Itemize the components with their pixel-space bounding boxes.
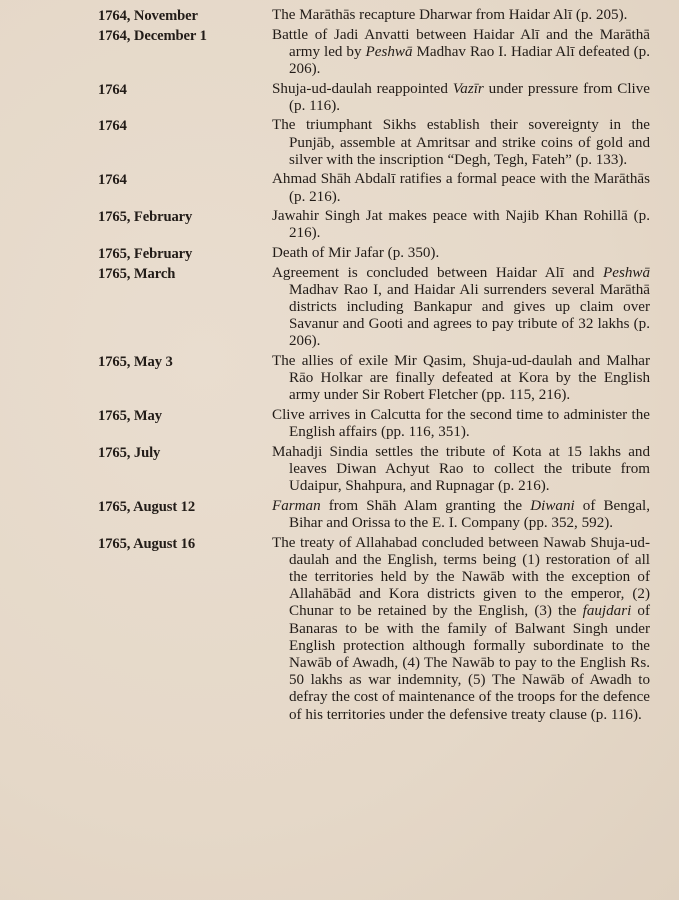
entry-date: 1764 (98, 171, 272, 208)
italic-term: Peshwā (366, 44, 413, 60)
italic-term: Vazīr (453, 81, 484, 97)
chronology-entry: 1765, August 12 Farman from Shāh Alam gr… (98, 498, 650, 535)
entry-description: Shuja-ud-daulah reappointed Vazīr under … (272, 81, 650, 118)
entry-date: 1765, August 12 (98, 498, 272, 535)
italic-term: Farman (272, 498, 321, 514)
document-page: 1764, November The Marāthās recapture Dh… (0, 0, 679, 900)
chronology-entry: 1765, July Mahadji Sindia settles the tr… (98, 444, 650, 498)
chronology-entry: 1765, May 3 The allies of exile Mir Qasi… (98, 353, 650, 407)
entry-date: 1765, February (98, 208, 272, 245)
entry-date: 1765, May 3 (98, 353, 272, 407)
chronology-list: 1764, November The Marāthās recapture Dh… (98, 7, 650, 726)
entry-description: Agreement is concluded between Haidar Al… (272, 265, 650, 353)
chronology-entry: 1764, December 1 Battle of Jadi Anvatti … (98, 27, 650, 81)
chronology-entry: 1764 Shuja-ud-daulah reappointed Vazīr u… (98, 81, 650, 118)
entry-date: 1764, November (98, 7, 272, 27)
entry-description: Mahadji Sindia settles the tribute of Ko… (272, 444, 650, 498)
entry-description: The triumphant Sikhs establish their sov… (272, 117, 650, 171)
chronology-entry: 1764 The triumphant Sikhs establish thei… (98, 117, 650, 171)
entry-date: 1764 (98, 117, 272, 171)
entry-date: 1765, August 16 (98, 535, 272, 727)
entry-description: Farman from Shāh Alam granting the Diwan… (272, 498, 650, 535)
entry-description: Battle of Jadi Anvatti between Haidar Al… (272, 27, 650, 81)
entry-description: Ahmad Shāh Abdalī ratifies a formal peac… (272, 171, 650, 208)
entry-date: 1765, March (98, 265, 272, 353)
chronology-entry: 1764 Ahmad Shāh Abdalī ratifies a formal… (98, 171, 650, 208)
entry-description: The treaty of Allahabad concluded betwee… (272, 535, 650, 727)
italic-term: Diwani (530, 498, 574, 514)
italic-term: faujdari (583, 603, 632, 619)
entry-date: 1765, February (98, 245, 272, 265)
entry-description: The allies of exile Mir Qasim, Shuja-ud-… (272, 353, 650, 407)
entry-description: Death of Mir Jafar (p. 350). (272, 245, 650, 265)
entry-description: Jawahir Singh Jat makes peace with Najib… (272, 208, 650, 245)
entry-date: 1764, December 1 (98, 27, 272, 81)
chronology-entry: 1765, March Agreement is concluded betwe… (98, 265, 650, 353)
entry-date: 1765, May (98, 407, 272, 444)
chronology-entry: 1764, November The Marāthās recapture Dh… (98, 7, 650, 27)
entry-description: Clive arrives in Calcutta for the second… (272, 407, 650, 444)
entry-date: 1765, July (98, 444, 272, 498)
italic-term: Peshwā (603, 265, 650, 281)
entry-description: The Marāthās recapture Dharwar from Haid… (272, 7, 650, 27)
chronology-entry: 1765, February Jawahir Singh Jat makes p… (98, 208, 650, 245)
chronology-entry: 1765, February Death of Mir Jafar (p. 35… (98, 245, 650, 265)
entry-date: 1764 (98, 81, 272, 118)
chronology-entry: 1765, August 16 The treaty of Allahabad … (98, 535, 650, 727)
chronology-entry: 1765, May Clive arrives in Calcutta for … (98, 407, 650, 444)
